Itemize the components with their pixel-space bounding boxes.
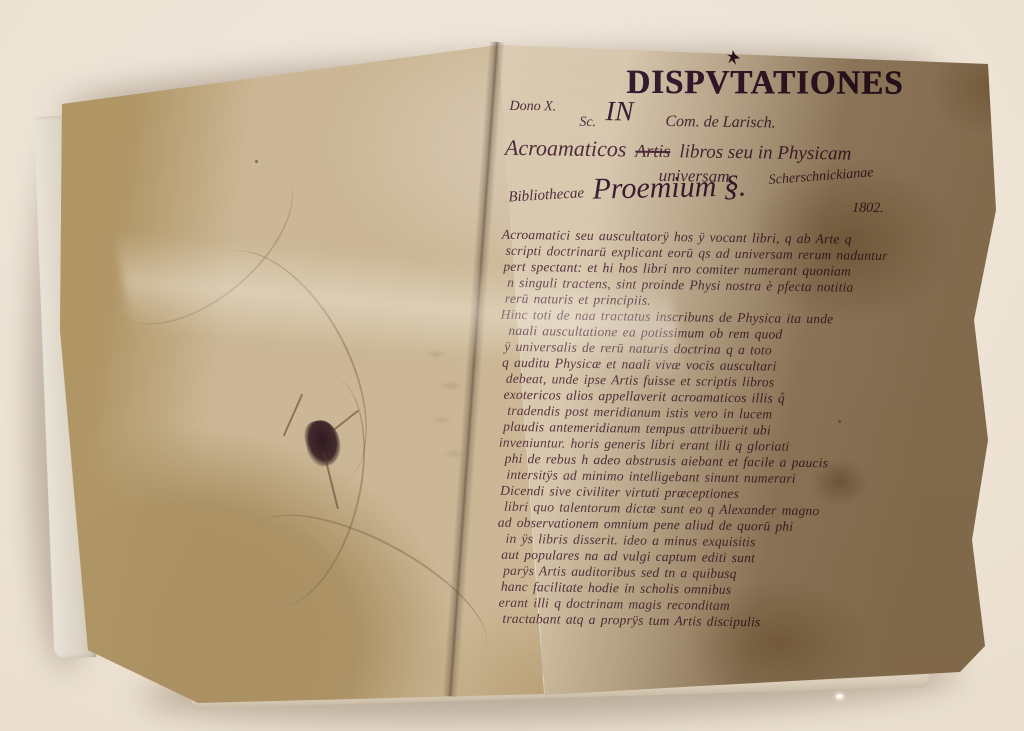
body-line: tractabant atq a proprÿs tum Artis disci… — [502, 611, 760, 631]
dirt-speck — [781, 392, 784, 395]
library-word-right: Scherschnickianae — [768, 165, 874, 189]
subtitle-word-1: Acroamaticos — [505, 135, 627, 163]
subtitle-word-2: libros seu in Physicam — [679, 141, 851, 165]
commentary-note: Com. de Larisch. — [665, 113, 775, 133]
subtitle-line: Acroamaticos Artis libros seu in Physica… — [505, 135, 852, 166]
dirt-speck — [255, 160, 258, 163]
donation-note-2: Sc. — [579, 115, 596, 131]
section-heading: Proemium §. — [592, 169, 747, 206]
dirt-speck — [838, 420, 841, 423]
page-title: DISPVTATIONES — [626, 64, 903, 103]
manuscript-text: DISPVTATIONES Dono X. Sc. IN Com. de Lar… — [494, 41, 978, 693]
title-in-word: IN — [605, 96, 633, 128]
year-label: 1802. — [852, 201, 884, 217]
photo-of-open-manuscript: { "colors": { "table_surface": "#ece1d1"… — [0, 0, 1024, 731]
donation-note: Dono X. — [509, 99, 556, 116]
library-word-left: Bibliothecae — [508, 185, 585, 206]
specular-glint — [836, 694, 843, 699]
subtitle-word-struck: Artis — [635, 141, 670, 162]
open-book: DISPVTATIONES Dono X. Sc. IN Com. de Lar… — [0, 0, 1024, 731]
